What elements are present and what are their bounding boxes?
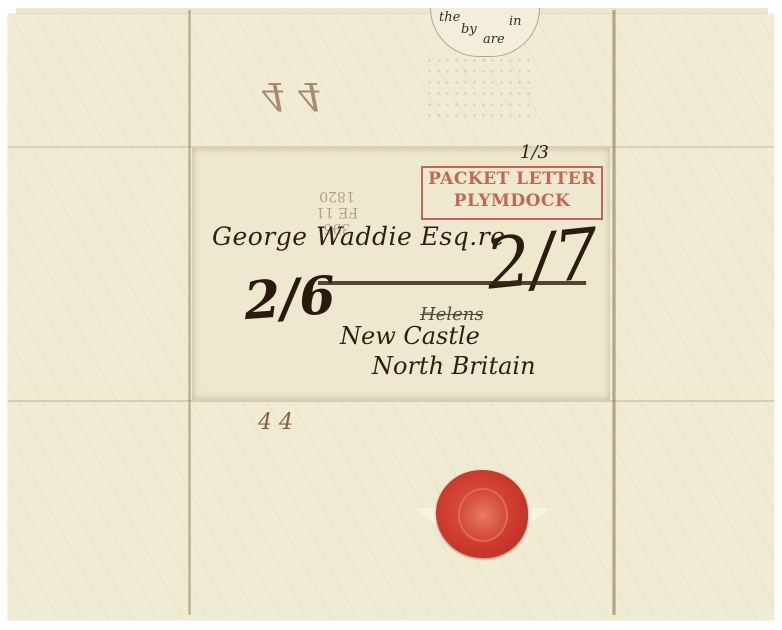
postmark-line: 1820 — [282, 188, 392, 204]
flap-word: by — [461, 22, 477, 37]
address-town: New Castle — [340, 322, 480, 350]
rate-mark-small: 1/3 — [520, 142, 549, 163]
struck-address-line: ~~~~~~~~~~~~~~~~ — [318, 270, 586, 294]
handstamp-line-1: PACKET LETTER — [423, 168, 601, 190]
postmark-line: FE 11 — [282, 204, 392, 220]
fold-line-left — [188, 10, 191, 615]
flap-word: the — [439, 10, 460, 25]
handstamp-line-2: PLYMDOCK — [423, 190, 601, 212]
fold-line-right — [612, 10, 616, 615]
flap-word: are — [483, 32, 505, 47]
lower-panel-ink-marks: 4 4 — [258, 410, 293, 435]
rate-mark-left: 2/6 — [242, 265, 337, 332]
offset-ink-marks: 4 4 — [262, 18, 372, 118]
offset-handstamp-traces — [425, 55, 535, 125]
fold-line-bottom — [8, 400, 774, 402]
flap-word: in — [509, 14, 522, 29]
addressee: George Waddie Esq.re — [212, 222, 505, 251]
packet-letter-handstamp: PACKET LETTER PLYMDOCK — [421, 166, 603, 220]
address-country: North Britain — [372, 352, 536, 380]
wax-seal — [436, 470, 528, 558]
